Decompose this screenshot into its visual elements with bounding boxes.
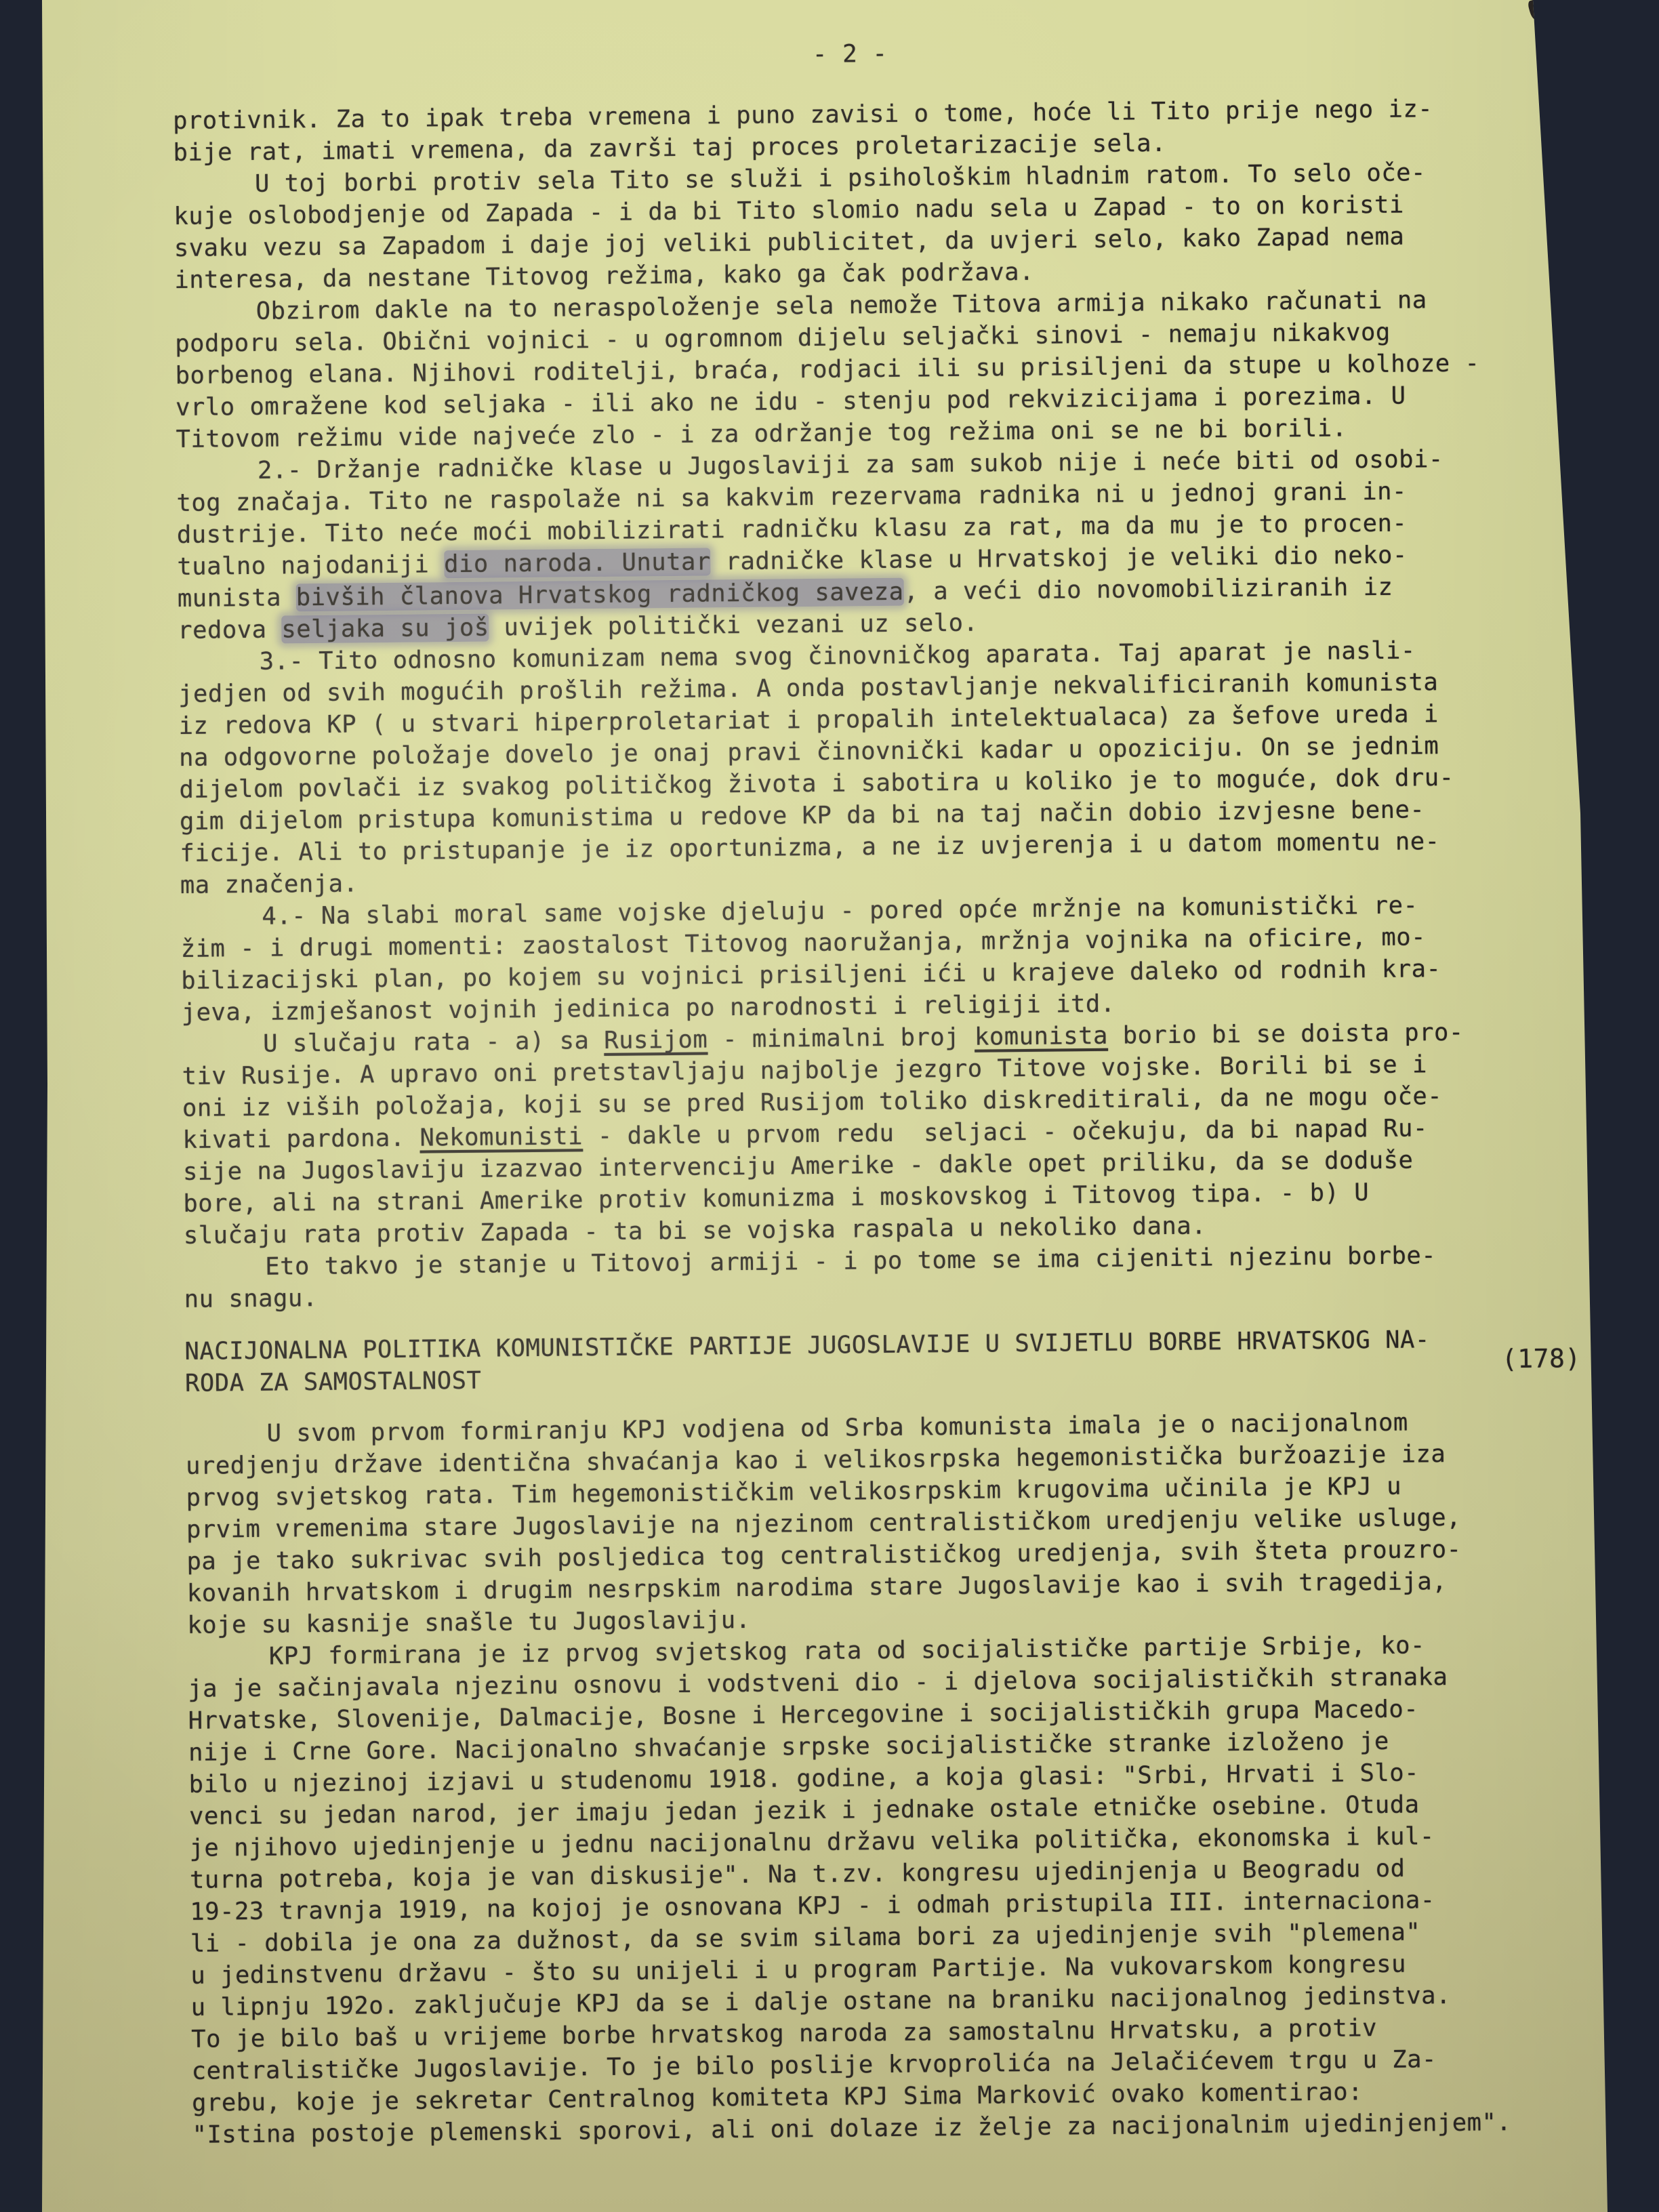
paragraphs-section-3: Eto takvo je stanje u Titovoj armiji - i…: [184, 1238, 1580, 1315]
line-text: - minimalni broj: [708, 1023, 975, 1054]
page-text: - 2 - protivnik. Za to ipak treba vremen…: [172, 31, 1589, 2151]
page-number: - 2 -: [131, 31, 1568, 77]
paragraphs-section-4: U svom prvom formiranju KPJ vodjena od S…: [185, 1405, 1588, 2151]
line-text: kivati pardona.: [182, 1124, 419, 1154]
line-text: U slučaju rata - a) sa: [263, 1027, 604, 1058]
redacted-text: seljaka su još: [281, 614, 489, 644]
heading-reference-number: (178): [1502, 1343, 1581, 1375]
redacted-text: dio naroda. Unutar: [444, 548, 711, 578]
line-text: radničke klase u Hrvatskoj je veliki dio…: [711, 541, 1408, 576]
paragraphs-section-1: protivnik. Za to ipak treba vremena i pu…: [173, 91, 1573, 551]
typewritten-page: - 2 - protivnik. Za to ipak treba vremen…: [42, 0, 1607, 2212]
redacted-text: bivših članova Hrvatskog radničkog savez…: [296, 578, 904, 612]
ink-blot-mark: [1527, 0, 1541, 21]
line-text: redova: [178, 615, 282, 644]
line-text: , a veći dio novomobiliziranih iz: [903, 573, 1393, 606]
paragraphs-section-2: 3.- Tito odnosno komunizam nema svog čin…: [178, 633, 1578, 1029]
underlined-word: Nekomunisti: [419, 1122, 583, 1151]
line-text: munista: [178, 583, 296, 613]
underlined-word: Rusijom: [604, 1025, 708, 1054]
ink-pen-mark: [1582, 50, 1607, 71]
line-text: uvijek politički vezani uz selo.: [489, 609, 978, 642]
underlined-word: komunista: [975, 1022, 1108, 1051]
section-heading: NACIJONALNA POLITIKA KOMUNISTIČKE PARTIJ…: [184, 1322, 1581, 1399]
line-text: borio bi se doista pro-: [1108, 1019, 1464, 1050]
line-text: tualno najodaniji: [177, 550, 444, 581]
